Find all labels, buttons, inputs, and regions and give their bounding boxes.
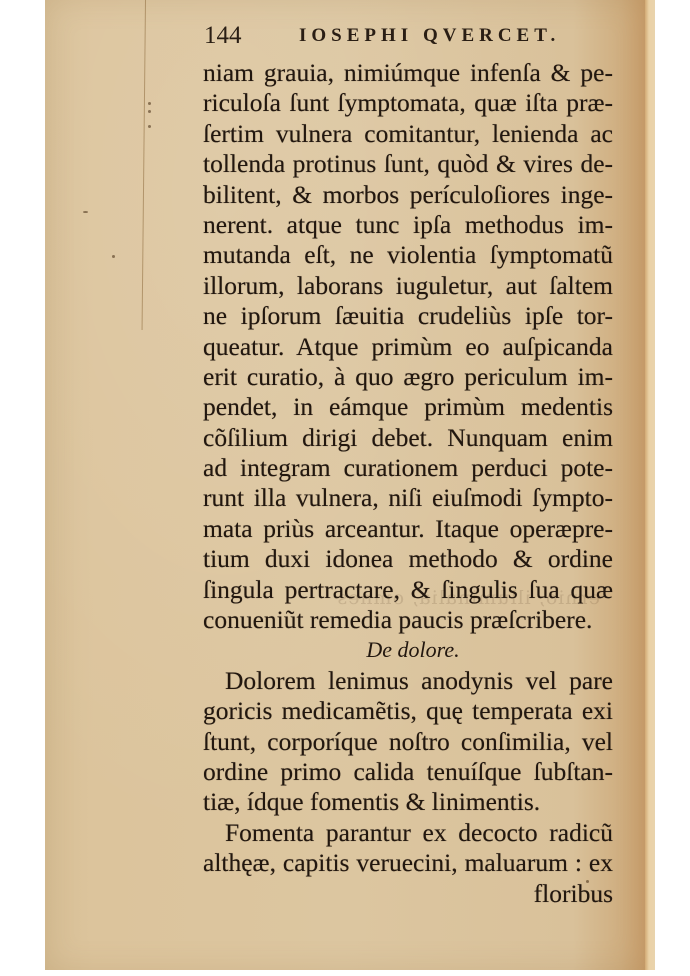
text-block: niam grauia, nimiúmque infenſa & pe- ric… — [203, 58, 613, 909]
paragraph-2: Dolorem lenimus anodynis vel pare gorici… — [203, 666, 613, 818]
text-line: runt illa vulnera, niſi eiuſmodi ſympto- — [203, 483, 613, 513]
text-line: riculoſa ſunt ſymptomata, quæ iſta præ- — [203, 88, 613, 118]
paper-speck — [112, 255, 115, 258]
paragraph-3: Fomenta parantur ex decocto radicũ althę… — [203, 818, 613, 879]
text-line: erit curatio, à quo ægro periculum im- — [203, 362, 613, 392]
text-line: conueniũt remedia paucis præſcribere. — [203, 605, 613, 635]
text-line: ne ipſorum ſæuitia crudeliùs ipſe tor- — [203, 301, 613, 331]
text-line: ordine primo calida tenuíſque ſubſtan- — [203, 757, 613, 787]
text-line: althęæ, capitis veruecini, maluarum : ex — [203, 848, 613, 878]
text-line: tiæ, ídque fomentis & linimentis. — [203, 787, 613, 817]
text-line: niam grauia, nimiúmque infenſa & pe- — [203, 58, 613, 88]
text-line: ſtunt, corporíque noſtro conſimilia, vel — [203, 727, 613, 757]
section-heading: De dolore. — [203, 635, 613, 665]
text-line: cõſilium dirigi debet. Nunquam enim — [203, 423, 613, 453]
paper-speck — [148, 102, 151, 105]
text-line: tium duxi idonea methodo & ordine — [203, 544, 613, 574]
page-number: 144 — [204, 22, 242, 50]
paragraph-1: niam grauia, nimiúmque infenſa & pe- ric… — [203, 58, 613, 635]
paper-speck — [148, 110, 151, 113]
text-line: pendet, in eámque primùm medentis — [203, 392, 613, 422]
text-line: Dolorem lenimus anodynis vel pare — [203, 666, 613, 696]
text-line: bilitent, & morbos perículoſiores inge- — [203, 180, 613, 210]
text-line: nerent. atque tunc ipſa methodus im- — [203, 210, 613, 240]
text-line: illorum, laborans iuguletur, aut ſaltem — [203, 271, 613, 301]
text-line: goricis medicamẽtis, quę temperata exi — [203, 696, 613, 726]
running-title: IOSEPHI QVERCET. — [299, 25, 560, 47]
text-line: mutanda eſt, ne violentia ſymptomatũ — [203, 240, 613, 270]
text-line: queatur. Atque primùm eo auſpicanda — [203, 332, 613, 362]
page-gutter-edge — [645, 0, 655, 970]
text-line: ſertim vulnera comitantur, lenienda ac — [203, 119, 613, 149]
running-head: 144 IOSEPHI QVERCET. — [204, 22, 614, 52]
text-line: mata priùs arceantur. Itaque operæpre- — [203, 514, 613, 544]
text-line: ad integram curationem perduci pote- — [203, 453, 613, 483]
paper-speck — [148, 125, 151, 128]
paper-crease — [142, 0, 146, 330]
text-line: ſingula pertractare, & ſingulis ſua quæ — [203, 575, 613, 605]
catchword: floribus — [203, 879, 613, 909]
text-line: Fomenta parantur ex decocto radicũ — [203, 818, 613, 848]
paper-speck — [83, 211, 88, 213]
text-line: tollenda protinus ſunt, quòd & vires de- — [203, 149, 613, 179]
